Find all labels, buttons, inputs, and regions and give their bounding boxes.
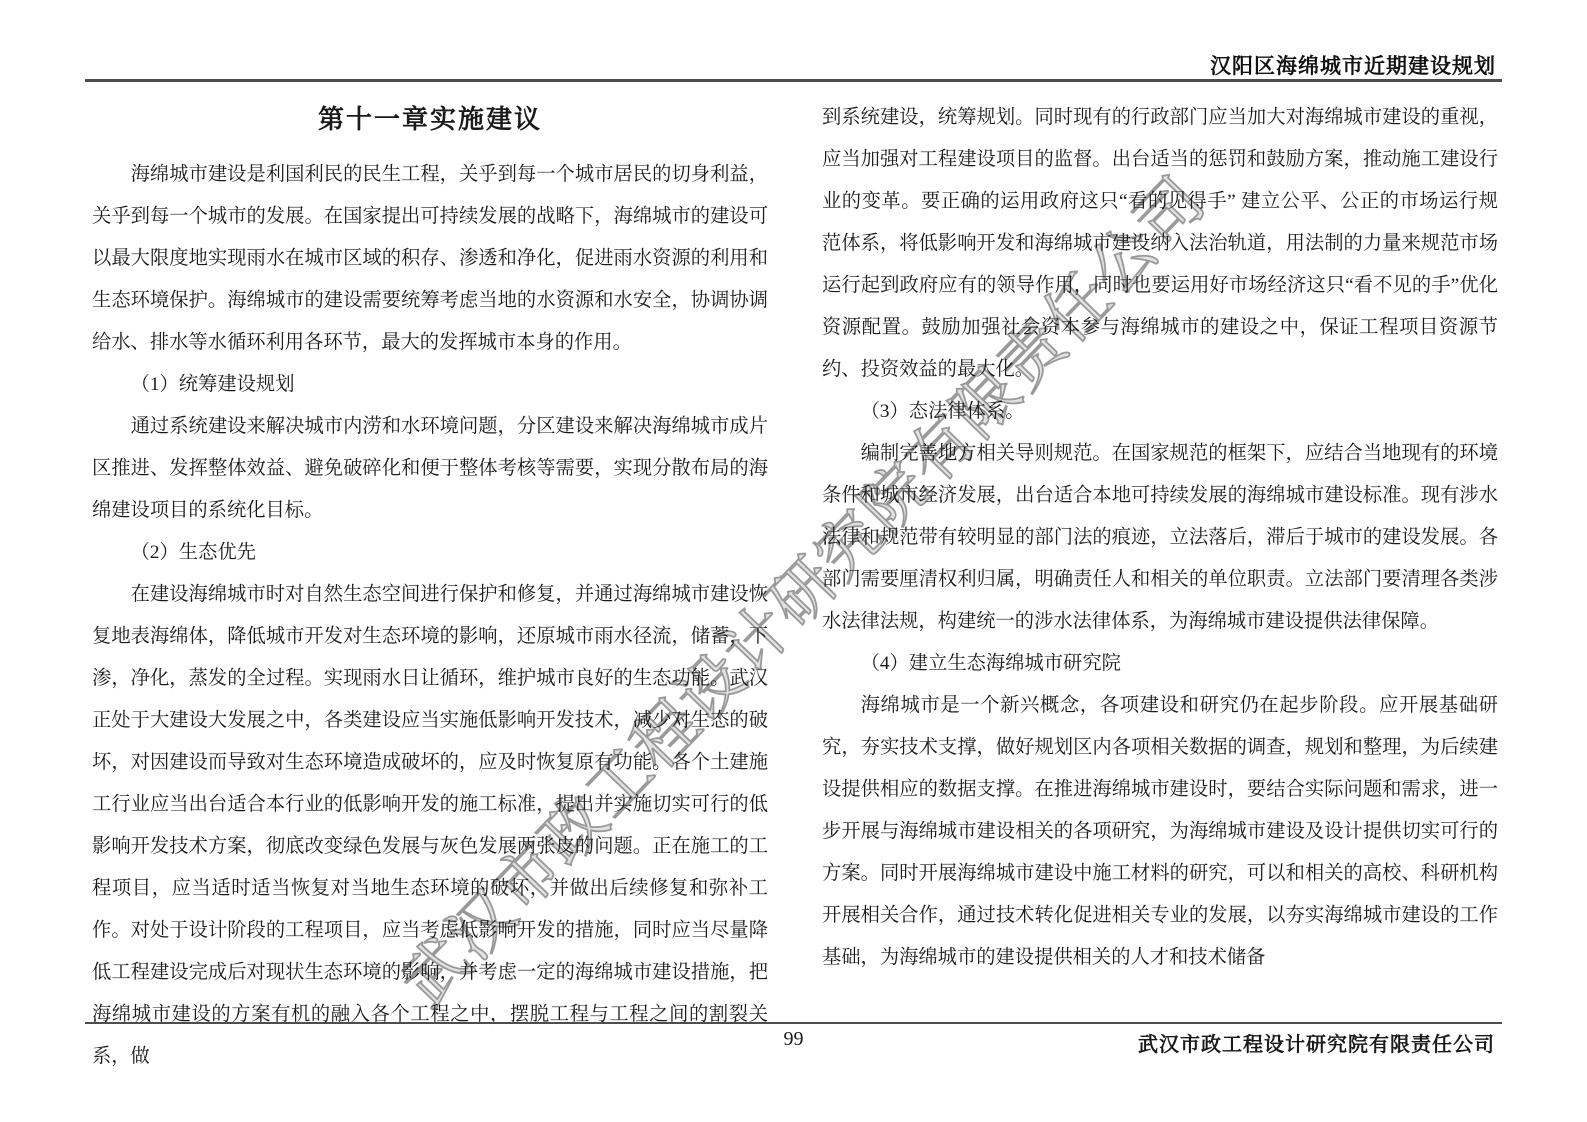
document-page: 汉阳区海绵城市近期建设规划 武汉市政工程设计研究院有限责任公司 第十一章实施建议… <box>0 0 1587 1122</box>
paragraph-intro: 海绵城市建设是利国利民的民生工程，关乎到每一个城市居民的切身利益，关乎到每一个城… <box>92 154 768 364</box>
paragraph-section-1: 通过系统建设来解决城市内涝和水环境问题，分区建设来解决海绵城市成片区推进、发挥整… <box>92 406 768 532</box>
paragraph-section-3: 编制完善地方相关导则规范。在国家规范的框架下，应结合当地现有的环境条件和城市经济… <box>822 433 1498 643</box>
footer-company: 武汉市政工程设计研究院有限责任公司 <box>1138 1028 1495 1057</box>
section-heading-3: （3）态法律体系。 <box>822 391 1498 433</box>
section-heading-2: （2）生态优先 <box>92 532 768 574</box>
left-column: 第十一章实施建议 海绵城市建设是利国利民的民生工程，关乎到每一个城市居民的切身利… <box>92 101 768 1078</box>
paragraph-section-4: 海绵城市是一个新兴概念，各项建设和研究仍在起步阶段。应开展基础研究，夯实技术支撑… <box>822 685 1498 979</box>
header-title: 汉阳区海绵城市近期建设规划 <box>1210 50 1496 80</box>
footer-rule <box>85 1022 1502 1024</box>
section-heading-1: （1）统筹建设规划 <box>92 364 768 406</box>
header-rule <box>85 79 1502 82</box>
section-heading-4: （4）建立生态海绵城市研究院 <box>822 643 1498 685</box>
chapter-title: 第十一章实施建议 <box>92 101 768 137</box>
right-column: 到系统建设，统筹规划。同时现有的行政部门应当加大对海绵城市建设的重视，应当加强对… <box>822 97 1498 979</box>
paragraph-section-2-continued: 到系统建设，统筹规划。同时现有的行政部门应当加大对海绵城市建设的重视，应当加强对… <box>822 97 1498 391</box>
paragraph-section-2: 在建设海绵城市时对自然生态空间进行保护和修复，并通过海绵城市建设恢复地表海绵体，… <box>92 574 768 1078</box>
